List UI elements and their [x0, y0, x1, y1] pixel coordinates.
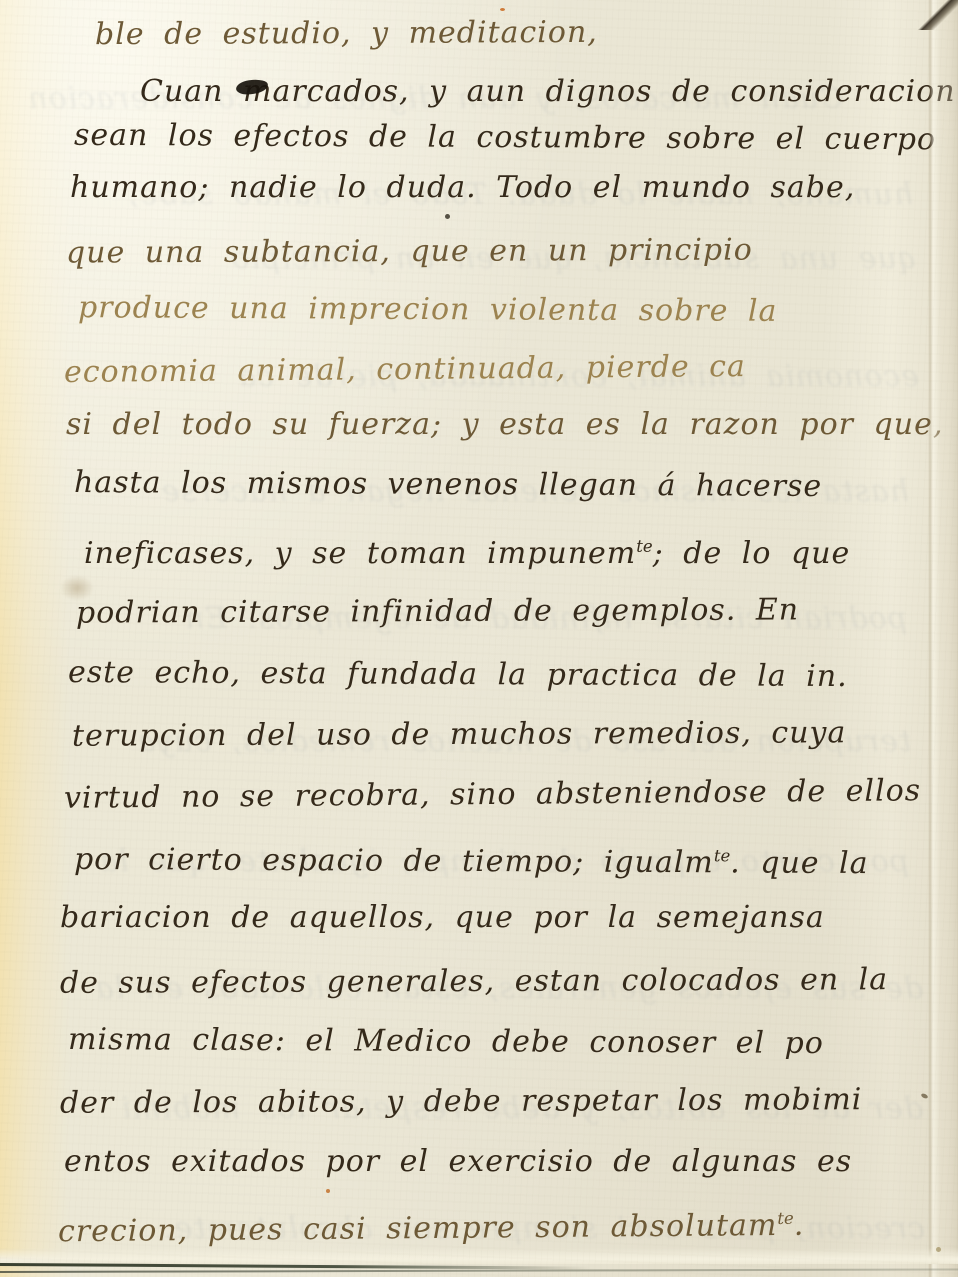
paper-speck [500, 8, 505, 11]
paper-speck [326, 1189, 330, 1193]
manuscript-line: crecion, pues casi siempre son absolutam… [58, 1199, 805, 1253]
page-bottom-band [0, 1248, 958, 1264]
manuscript-line: virtud no se recobra, sino absteniendose… [64, 771, 921, 818]
page-right-deckle-edge [928, 0, 958, 1277]
manuscript-line: entos exitados por el exercisio de algun… [64, 1142, 852, 1182]
margin-smudge [60, 575, 94, 601]
manuscript-line: por cierto espacio de tiempo; igualmte. … [74, 833, 869, 884]
manuscript-line: hasta los mismos venenos llegan á hacers… [74, 463, 822, 507]
manuscript-line: ineficases, y se toman impunemte; de lo … [84, 527, 850, 574]
manuscript-page: { "document": { "kind": "handwritten man… [0, 0, 958, 1277]
manuscript-line: Cuan marcados, y aun dignos de considera… [140, 72, 956, 112]
manuscript-line: bariacion de aquellos, que por la semeja… [60, 898, 825, 938]
manuscript-line: economia animal, continuada, pierde ca [64, 347, 746, 393]
top-right-corner-mark [918, 0, 958, 30]
manuscript-text-block: ble de estudio, y meditacion,Cuan marcad… [0, 0, 958, 1277]
manuscript-line: podrian citarse infinidad de egemplos. E… [76, 590, 799, 633]
paper-speck [445, 214, 450, 219]
manuscript-line: que una subtancia, que en un principio [66, 231, 753, 274]
manuscript-line: misma clase: el Medico debe conoser el p… [68, 1020, 824, 1064]
manuscript-line: produce una imprecion violenta sobre la [78, 288, 778, 332]
paper-speck [936, 1247, 941, 1252]
manuscript-line: ble de estudio, y meditacion, [95, 13, 598, 55]
manuscript-line: este echo, esta fundada la practica de l… [68, 653, 848, 697]
manuscript-line: si del todo su fuerza; y esta es la razo… [66, 405, 943, 445]
manuscript-line: terupcion del uso de muchos remedios, cu… [72, 713, 847, 756]
manuscript-line: de sus efectos generales, estan colocado… [60, 960, 888, 1004]
manuscript-line: der de los abitos, y debe respetar los m… [60, 1080, 862, 1124]
manuscript-line: humano; nadie lo duda. Todo el mundo sab… [70, 168, 855, 208]
manuscript-line: sean los efectos de la costumbre sobre e… [74, 116, 936, 161]
